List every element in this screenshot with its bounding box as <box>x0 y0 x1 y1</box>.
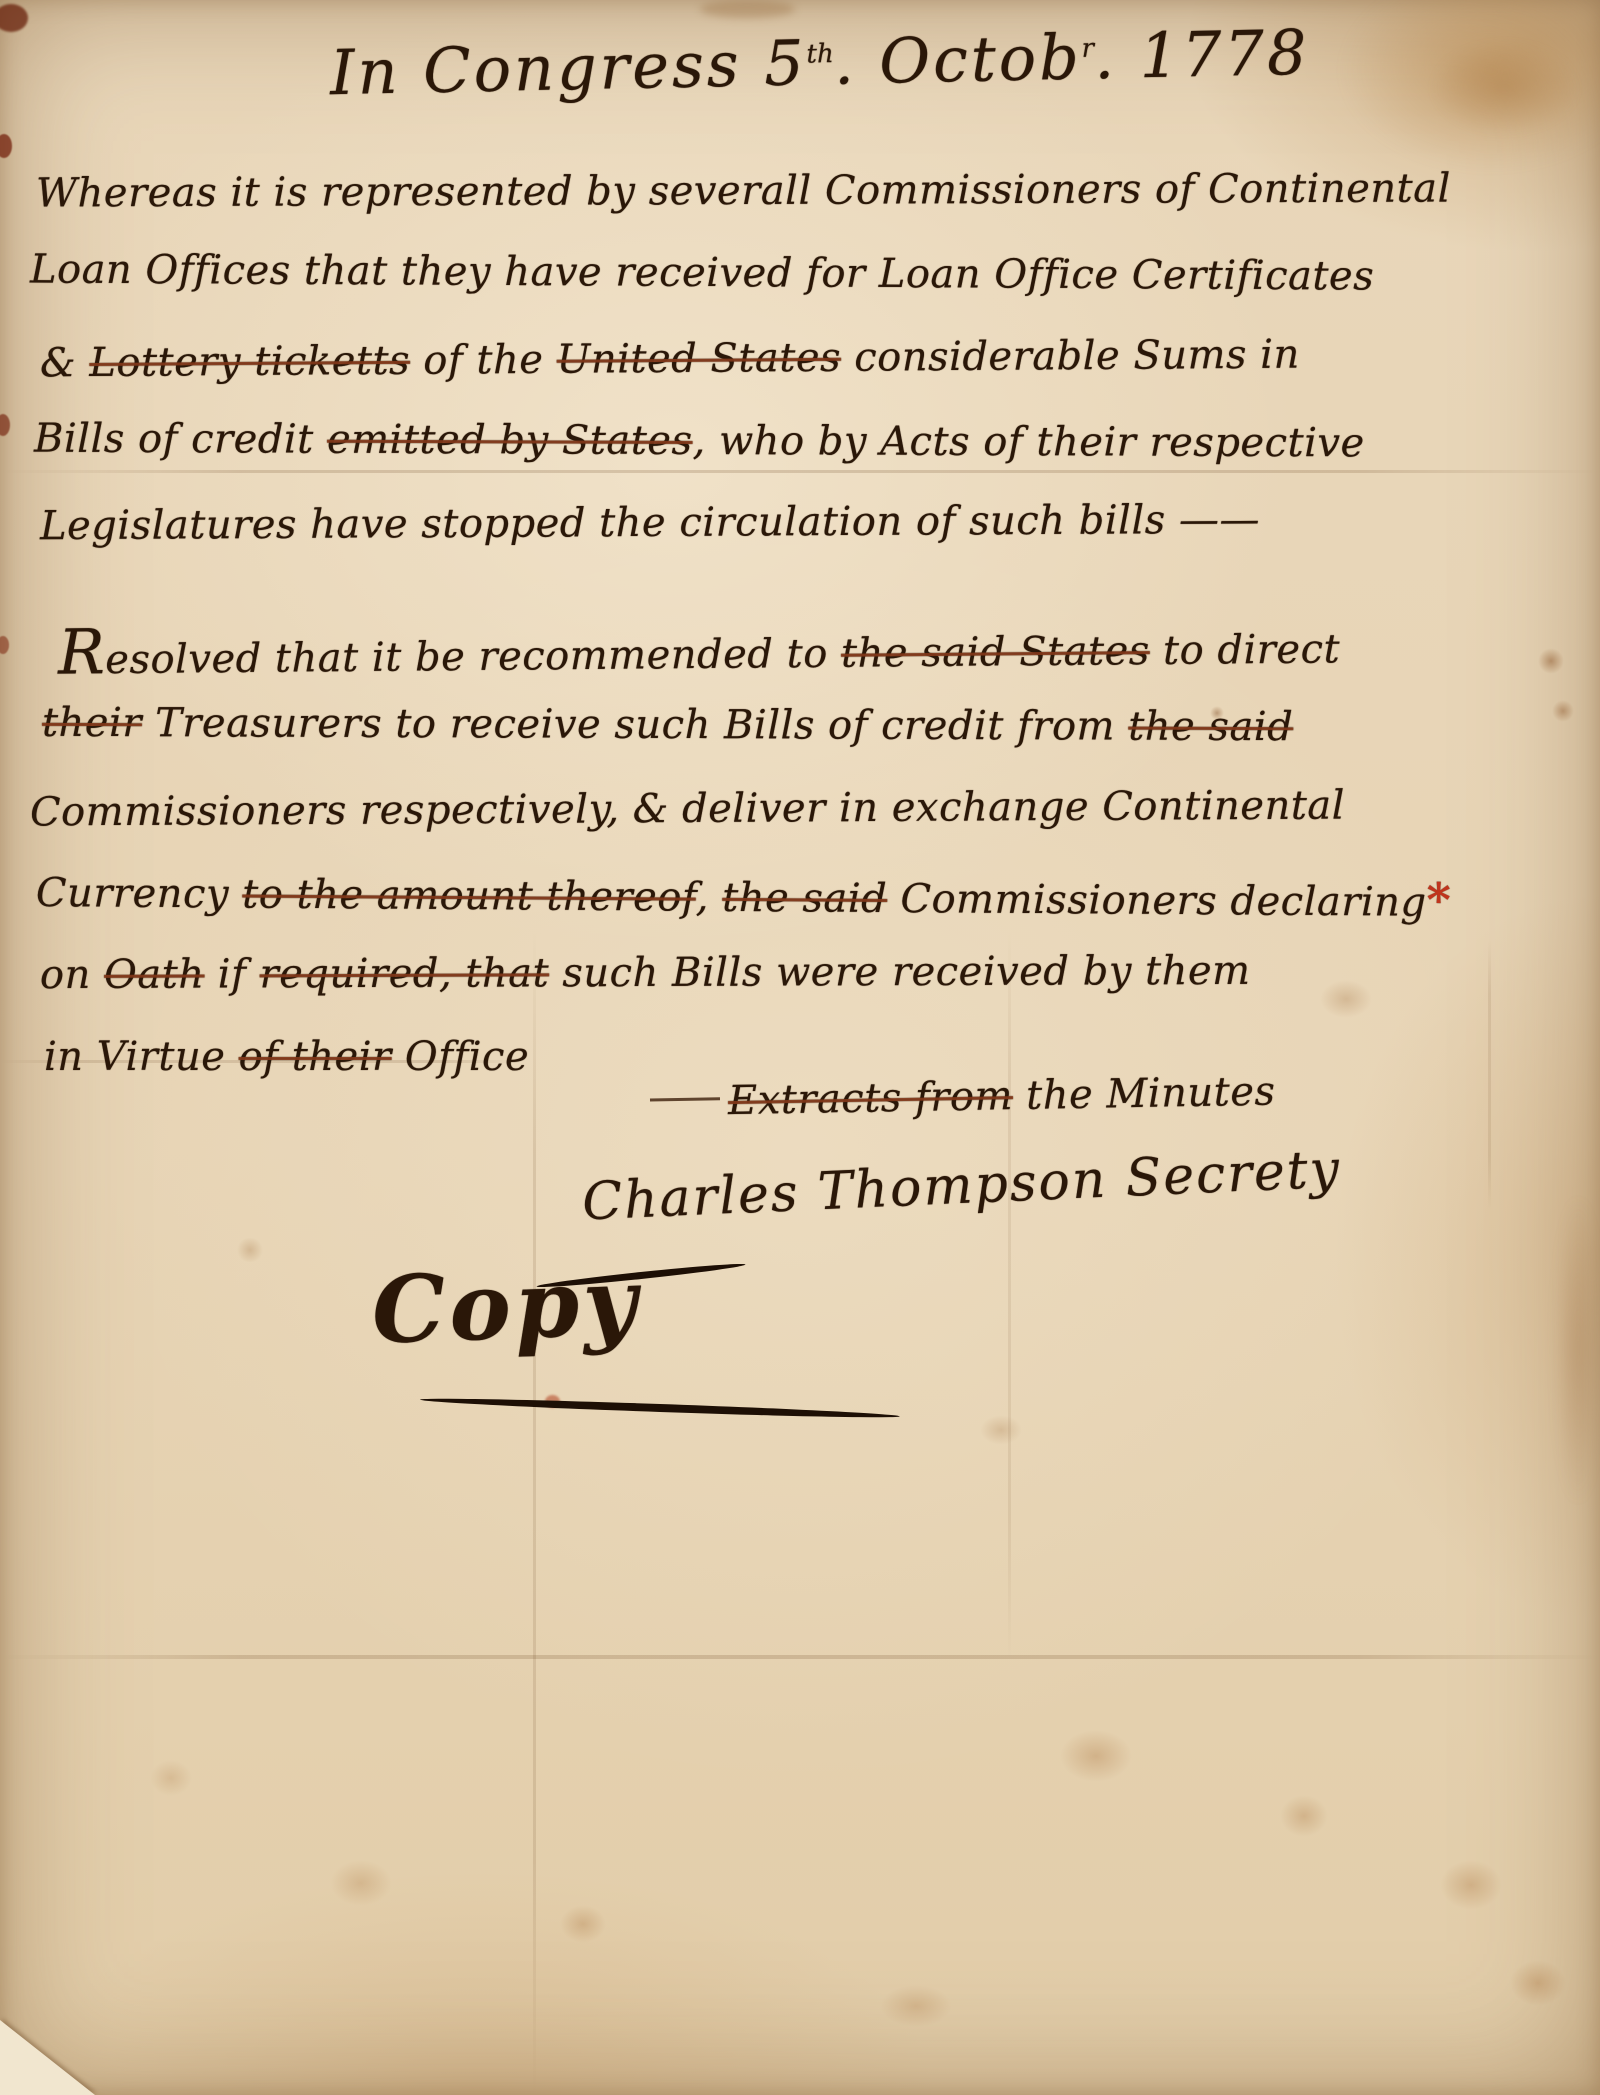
stain <box>1552 700 1574 722</box>
stain <box>1538 648 1564 674</box>
stain <box>1060 1730 1132 1782</box>
line-text: Currency <box>36 870 243 917</box>
stain <box>1280 1795 1328 1837</box>
dog-ear-corner <box>0 2020 95 2095</box>
manuscript-line: Resolved that it be recommended to the s… <box>58 604 1341 688</box>
line-text: Resolved that it be recommended to <box>58 631 841 684</box>
struck-text: Extracts from <box>728 1073 1014 1124</box>
line-text: such Bills were received by them <box>549 948 1251 996</box>
line-text: , <box>696 875 723 921</box>
ordinal-superscript: th <box>806 39 834 70</box>
line-text: of the <box>410 337 557 384</box>
line-text: to direct <box>1150 626 1341 674</box>
stain <box>1320 980 1372 1018</box>
line-text: Bills of credit <box>34 416 327 463</box>
line-text: considerable Sums in <box>841 332 1300 381</box>
struck-text: the said <box>1128 704 1293 751</box>
stain <box>1340 0 1600 170</box>
stain <box>0 636 9 654</box>
copy-label: Copy <box>370 1247 642 1364</box>
stain <box>330 1860 392 1906</box>
manuscript-line: in Virtue of their Office <box>44 1034 529 1080</box>
stain <box>980 1415 1022 1445</box>
manuscript-page: In Congress 5th. Octobr. 1778 Whereas it… <box>0 0 1600 2095</box>
stain <box>0 414 10 436</box>
heading-text: In Congress 5 <box>329 26 807 109</box>
line-text: Commissioners respectively, & deliver in… <box>30 783 1345 836</box>
struck-text: of their <box>239 1034 392 1080</box>
secretary-signature: Charles Thompson Secrety <box>581 1139 1342 1232</box>
stain <box>1556 1200 1600 1500</box>
stain <box>1430 40 1580 135</box>
pen-flourish <box>420 1396 900 1421</box>
manuscript-line: Legislatures have stopped the circulatio… <box>40 497 1260 549</box>
manuscript-line: Currency to the amount thereof, the said… <box>36 863 1452 927</box>
stain <box>150 1760 192 1796</box>
stain <box>700 0 795 18</box>
manuscript-line: their Treasurers to receive such Bills o… <box>42 700 1293 750</box>
struck-text: the said States <box>841 628 1150 677</box>
extracts-attestation: Extracts from the Minutes <box>650 1069 1276 1126</box>
manuscript-line: Whereas it is represented by severall Co… <box>36 166 1451 217</box>
struck-text: required, that <box>260 950 550 997</box>
line-text: & <box>40 340 90 386</box>
line-text: Loan Offices that they have received for… <box>30 246 1374 299</box>
struck-text: Lottery ticketts <box>89 338 410 386</box>
struck-text: emitted by States <box>327 417 693 464</box>
struck-text: United States <box>556 335 841 383</box>
stain <box>0 4 28 32</box>
struck-text: the said <box>722 875 887 922</box>
line-text: Commissioners declaring <box>887 876 1427 926</box>
fold-crease <box>0 1655 1600 1659</box>
line-text: in Virtue <box>44 1034 239 1080</box>
stain <box>236 1238 264 1262</box>
struck-text: Oath <box>104 952 205 998</box>
stain <box>560 1905 606 1943</box>
line-text: if <box>204 951 259 997</box>
line-text: the Minutes <box>1013 1069 1276 1120</box>
ordinal-superscript: r <box>1081 34 1094 64</box>
manuscript-line: Bills of credit emitted by States, who b… <box>34 416 1365 467</box>
heading-dateline: In Congress 5th. Octobr. 1778 <box>329 16 1310 109</box>
heading-text: . 1778 <box>1093 16 1310 93</box>
manuscript-line: & Lottery ticketts of the United States … <box>40 332 1300 387</box>
manuscript-line: Loan Offices that they have received for… <box>30 246 1374 299</box>
manuscript-line: on Oath if required, that such Bills wer… <box>40 948 1251 998</box>
fold-crease <box>533 930 536 2095</box>
heading-text: . Octob <box>833 21 1082 99</box>
stain <box>0 134 12 158</box>
struck-text: their <box>42 700 142 746</box>
line-text: Treasurers to receive such Bills of cred… <box>142 700 1128 749</box>
stain <box>1510 1960 1566 2006</box>
struck-text: to the amount thereof <box>242 872 696 921</box>
line-text: Legislatures have stopped the circulatio… <box>40 497 1260 549</box>
fold-crease <box>0 470 1600 473</box>
line-text: , who by Acts of their respective <box>692 418 1364 466</box>
line-text: Office <box>392 1034 529 1080</box>
fold-crease <box>1008 930 1011 1660</box>
fold-crease <box>1488 940 1491 1210</box>
line-text: on <box>40 952 104 998</box>
copy-text: Copy <box>370 1247 642 1364</box>
signature-text: Charles Thompson Secrety <box>581 1139 1342 1232</box>
stain <box>1440 1860 1502 1910</box>
line-text: Whereas it is represented by severall Co… <box>36 166 1451 217</box>
stain <box>880 1985 952 2027</box>
manuscript-line: Commissioners respectively, & deliver in… <box>30 783 1345 836</box>
red-asterisk-mark: * <box>1426 873 1451 927</box>
